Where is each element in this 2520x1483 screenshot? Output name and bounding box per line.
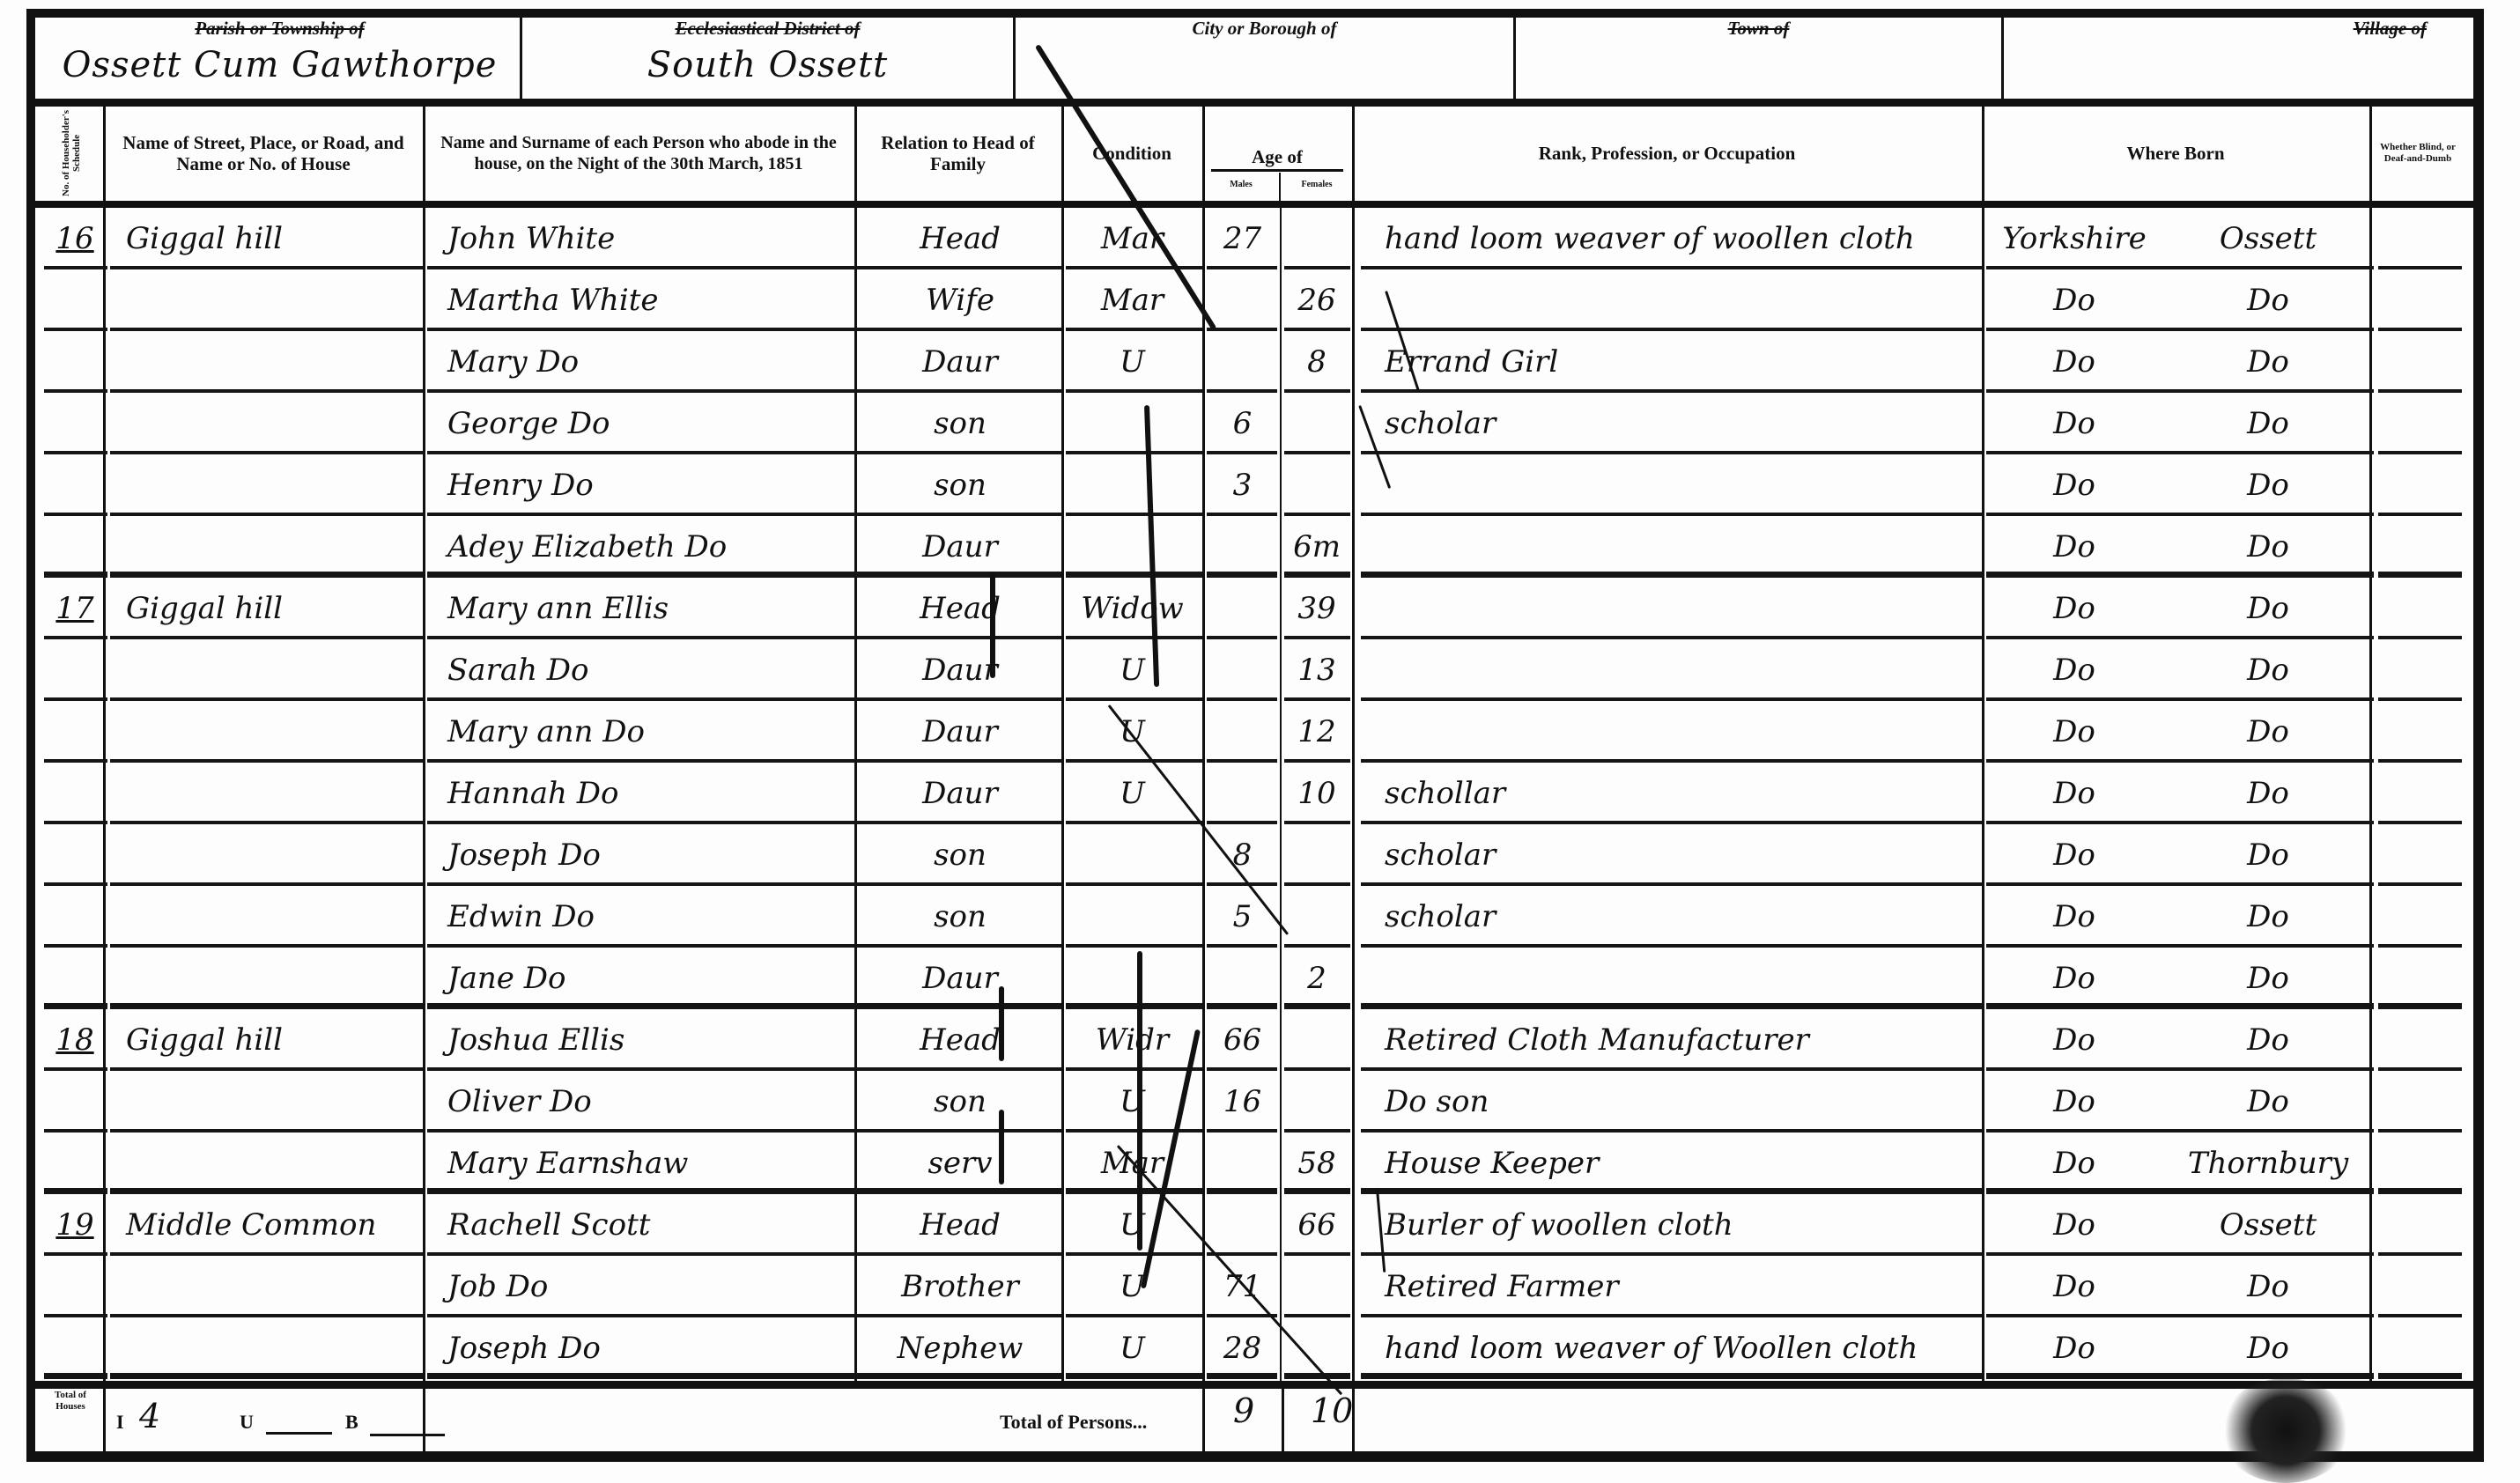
born-county-cell: Do xyxy=(1986,639,2162,701)
condition-cell: U xyxy=(1064,763,1201,824)
condition-cell xyxy=(1064,393,1201,454)
street-name-cell xyxy=(110,1256,439,1317)
born-county-cell: Do xyxy=(1986,824,2162,886)
col-head-where-born-text: Where Born xyxy=(2126,143,2224,164)
inhabited-prefix: I xyxy=(116,1411,124,1434)
female-age-cell: 6m xyxy=(1282,516,1351,578)
condition-cell: U xyxy=(1064,1194,1201,1256)
totals-divider xyxy=(103,1387,106,1453)
female-age-cell xyxy=(1282,454,1351,516)
condition-cell: Widr xyxy=(1064,1009,1201,1071)
street-name-cell xyxy=(110,1071,439,1133)
row-rule xyxy=(44,1003,107,1009)
col-head-blind-deaf: Whether Blind, or Deaf-and-Dumb xyxy=(2369,106,2466,201)
street-name-cell xyxy=(110,701,439,763)
born-county-cell: Do xyxy=(1986,1317,2162,1379)
schedule-number-cell xyxy=(44,454,106,516)
born-place-cell: Thornbury xyxy=(2167,1133,2369,1194)
relation-cell: Wife xyxy=(859,269,1061,331)
occupation-cell xyxy=(1367,516,2001,578)
born-county-cell: Yorkshire xyxy=(1986,208,2162,269)
row-rule xyxy=(1361,1003,1982,1009)
condition-cell xyxy=(1064,824,1201,886)
street-name-cell xyxy=(110,454,439,516)
schedule-number-cell xyxy=(44,639,106,701)
females-total: 10 xyxy=(1311,1391,1353,1430)
relation-cell: son xyxy=(859,1071,1061,1133)
born-place-cell: Do xyxy=(2167,1256,2369,1317)
row-rule xyxy=(1361,1188,1982,1194)
street-name-cell xyxy=(110,948,439,1009)
condition-cell xyxy=(1064,516,1201,578)
schedule-number-cell xyxy=(44,1256,106,1317)
occupation-cell: scholar xyxy=(1367,886,2001,948)
schedule-number-cell xyxy=(44,269,106,331)
row-rule xyxy=(44,1373,107,1379)
female-age-cell: 12 xyxy=(1282,701,1351,763)
tally-stroke xyxy=(1137,951,1142,1251)
female-age-cell: 58 xyxy=(1282,1133,1351,1194)
born-place-cell: Do xyxy=(2167,578,2369,639)
female-age-cell xyxy=(1282,1317,1351,1379)
person-name-cell: Joseph Do xyxy=(432,1317,879,1379)
person-name-cell: Martha White xyxy=(432,269,879,331)
table-row: Edwin Doson5scholarDoDo xyxy=(35,886,2466,948)
row-rule xyxy=(859,1188,1061,1194)
male-age-cell xyxy=(1205,578,1280,639)
person-name-cell: Sarah Do xyxy=(432,639,879,701)
row-rule xyxy=(427,1373,859,1379)
born-place-cell: Do xyxy=(2167,1317,2369,1379)
relation-cell: Head xyxy=(859,1194,1061,1256)
totals-divider xyxy=(1352,1387,1355,1453)
street-name-cell xyxy=(110,1133,439,1194)
female-age-cell: 2 xyxy=(1282,948,1351,1009)
street-name-cell: Giggal hill xyxy=(110,208,439,269)
col-head-schedule-text: No. of Householder's Schedule xyxy=(61,106,82,201)
relation-cell: Nephew xyxy=(859,1317,1061,1379)
person-name-cell: John White xyxy=(432,208,879,269)
table-row: 19Middle CommonRachell ScottHeadU66Burle… xyxy=(35,1194,2466,1256)
row-rule xyxy=(1284,1188,1350,1194)
occupation-cell: Burler of woollen cloth xyxy=(1367,1194,2001,1256)
table-row: 16Giggal hillJohn WhiteHeadMar27hand loo… xyxy=(35,208,2466,269)
condition-cell xyxy=(1064,454,1201,516)
born-county-cell: Do xyxy=(1986,516,2162,578)
totals-row: Total of Houses I 4 U B Total of Persons… xyxy=(35,1384,2466,1451)
row-rule xyxy=(859,1373,1061,1379)
male-age-cell xyxy=(1205,331,1280,393)
occupation-cell: schollar xyxy=(1367,763,2001,824)
born-county-cell: Do xyxy=(1986,269,2162,331)
col-head-name-text: Name and Surname of each Person who abod… xyxy=(426,132,851,174)
relation-cell: son xyxy=(859,886,1061,948)
person-name-cell: Mary ann Ellis xyxy=(432,578,879,639)
occupation-cell: Do son xyxy=(1367,1071,2001,1133)
schedule-number-cell: 17 xyxy=(44,578,106,639)
condition-cell: U xyxy=(1064,701,1201,763)
inhabited-value: 4 xyxy=(139,1397,160,1435)
born-place-cell: Do xyxy=(2167,1009,2369,1071)
table-row: 18Giggal hillJoshua EllisHeadWidr66Retir… xyxy=(35,1009,2466,1071)
table-row: Mary ann DoDaurU12DoDo xyxy=(35,701,2466,763)
born-place-cell: Do xyxy=(2167,886,2369,948)
col-head-occupation-text: Rank, Profession, or Occupation xyxy=(1539,143,1796,164)
row-rule xyxy=(1284,1373,1350,1379)
born-county-cell: Do xyxy=(1986,1194,2162,1256)
table-row: Hannah DoDaurU10schollarDoDo xyxy=(35,763,2466,824)
row-rule xyxy=(1986,1373,2374,1379)
row-rule xyxy=(859,1003,1061,1009)
female-age-cell: 8 xyxy=(1282,331,1351,393)
occupation-cell xyxy=(1367,639,2001,701)
table-row: Joseph DoNephewU28hand loom weaver of Wo… xyxy=(35,1317,2466,1379)
table-row: Sarah DoDaurU13DoDo xyxy=(35,639,2466,701)
town-label: Town of xyxy=(1516,18,2001,40)
person-name-cell: Job Do xyxy=(432,1256,879,1317)
relation-cell: Daur xyxy=(859,763,1061,824)
street-name-cell: Giggal hill xyxy=(110,1009,439,1071)
female-age-cell: 26 xyxy=(1282,269,1351,331)
occupation-cell: hand loom weaver of woollen cloth xyxy=(1367,208,2001,269)
col-head-females: Females xyxy=(1281,169,1353,199)
relation-cell: Daur xyxy=(859,516,1061,578)
condition-cell: U xyxy=(1064,1317,1201,1379)
born-county-cell: Do xyxy=(1986,331,2162,393)
col-head-males-text: Males xyxy=(1230,180,1253,189)
person-name-cell: Joshua Ellis xyxy=(432,1009,879,1071)
born-county-cell: Do xyxy=(1986,578,2162,639)
table-row: Mary DoDaurU8Errand GirlDoDo xyxy=(35,331,2466,393)
condition-cell: U xyxy=(1064,1256,1201,1317)
occupation-cell: scholar xyxy=(1367,824,2001,886)
born-place-cell: Do xyxy=(2167,948,2369,1009)
born-place-cell: Do xyxy=(2167,393,2369,454)
born-place-cell: Do xyxy=(2167,763,2369,824)
male-age-cell: 66 xyxy=(1205,1009,1280,1071)
row-rule xyxy=(427,1003,859,1009)
ecclesiastical-label: Ecclesiastical District of xyxy=(522,18,1013,40)
row-rule xyxy=(1284,572,1350,578)
parish-value: Ossett Cum Gawthorpe xyxy=(40,45,520,85)
person-name-cell: Adey Elizabeth Do xyxy=(432,516,879,578)
female-age-cell xyxy=(1282,1256,1351,1317)
city-cell: City or Borough of xyxy=(1016,12,1513,97)
row-rule xyxy=(2378,1188,2462,1194)
occupation-cell: House Keeper xyxy=(1367,1133,2001,1194)
relation-cell: Daur xyxy=(859,701,1061,763)
born-place-cell: Ossett xyxy=(2167,1194,2369,1256)
born-place-cell: Do xyxy=(2167,454,2369,516)
schedule-number-cell xyxy=(44,701,106,763)
village-cell: Village of xyxy=(2004,12,2479,97)
male-age-cell: 5 xyxy=(1205,886,1280,948)
male-age-cell xyxy=(1205,701,1280,763)
occupation-cell xyxy=(1367,454,2001,516)
occupation-cell xyxy=(1367,578,2001,639)
parish-cell: Parish or Township of Ossett Cum Gawthor… xyxy=(40,12,520,97)
table-row: Jane DoDaur2DoDo xyxy=(35,948,2466,1009)
occupation-cell: hand loom weaver of Woollen cloth xyxy=(1367,1317,2001,1379)
female-age-cell xyxy=(1282,824,1351,886)
male-age-cell xyxy=(1205,1133,1280,1194)
ecclesiastical-cell: Ecclesiastical District of South Ossett xyxy=(522,12,1013,97)
village-label: Village of xyxy=(2004,18,2479,40)
occupation-cell: Retired Farmer xyxy=(1367,1256,2001,1317)
male-age-cell xyxy=(1205,948,1280,1009)
row-rule xyxy=(2378,1373,2462,1379)
table-row: George Doson6scholarDoDo xyxy=(35,393,2466,454)
row-rule xyxy=(427,1188,859,1194)
relation-cell: Daur xyxy=(859,331,1061,393)
row-rule xyxy=(110,1003,423,1009)
male-age-cell xyxy=(1205,269,1280,331)
col-head-age-text: Age of xyxy=(1252,146,1303,167)
table-row: Joseph Doson8scholarDoDo xyxy=(35,824,2466,886)
born-county-cell: Do xyxy=(1986,948,2162,1009)
table-row: Henry Doson3DoDo xyxy=(35,454,2466,516)
row-rule xyxy=(1361,572,1982,578)
born-county-cell: Do xyxy=(1986,1256,2162,1317)
schedule-number-cell xyxy=(44,824,106,886)
born-place-cell: Do xyxy=(2167,639,2369,701)
male-age-cell xyxy=(1205,1194,1280,1256)
census-page: Parish or Township of Ossett Cum Gawthor… xyxy=(0,0,2520,1483)
row-rule xyxy=(1207,1003,1277,1009)
street-name-cell xyxy=(110,393,439,454)
table-row: Oliver DosonU16Do sonDoDo xyxy=(35,1071,2466,1133)
born-county-cell: Do xyxy=(1986,1133,2162,1194)
street-name-cell xyxy=(110,1317,439,1379)
born-county-cell: Do xyxy=(1986,1009,2162,1071)
bottom-rule xyxy=(26,1451,2484,1462)
col-head-name: Name and Surname of each Person who abod… xyxy=(423,106,854,201)
col-head-schedule: No. of Householder's Schedule xyxy=(40,106,103,201)
uninhabited-prefix: U xyxy=(240,1411,254,1434)
female-age-cell xyxy=(1282,208,1351,269)
born-place-cell: Do xyxy=(2167,269,2369,331)
born-county-cell: Do xyxy=(1986,701,2162,763)
relation-cell: Head xyxy=(859,208,1061,269)
uninhabited-line xyxy=(266,1432,332,1435)
row-rule xyxy=(427,572,859,578)
person-name-cell: George Do xyxy=(432,393,879,454)
col-head-age: Age of xyxy=(1202,106,1352,167)
female-age-cell xyxy=(1282,886,1351,948)
male-age-cell xyxy=(1205,639,1280,701)
born-county-cell: Do xyxy=(1986,763,2162,824)
occupation-cell xyxy=(1367,948,2001,1009)
col-head-females-text: Females xyxy=(1302,180,1333,189)
female-age-cell xyxy=(1282,393,1351,454)
row-rule xyxy=(1284,1003,1350,1009)
row-rule xyxy=(110,572,423,578)
relation-cell: Head xyxy=(859,578,1061,639)
total-persons-label: Total of Persons... xyxy=(1000,1411,1147,1434)
row-rule xyxy=(1986,572,2374,578)
row-rule xyxy=(1207,572,1277,578)
totals-divider xyxy=(1202,1387,1205,1453)
male-age-cell: 28 xyxy=(1205,1317,1280,1379)
building-prefix: B xyxy=(345,1411,358,1434)
table-row: Adey Elizabeth DoDaur6mDoDo xyxy=(35,516,2466,578)
street-name-cell xyxy=(110,763,439,824)
person-name-cell: Joseph Do xyxy=(432,824,879,886)
schedule-number-cell xyxy=(44,948,106,1009)
condition-cell xyxy=(1064,886,1201,948)
female-age-cell: 10 xyxy=(1282,763,1351,824)
tally-stroke xyxy=(990,572,995,678)
relation-cell: Daur xyxy=(859,948,1061,1009)
street-name-cell xyxy=(110,886,439,948)
row-rule xyxy=(1986,1188,2374,1194)
schedule-number-cell: 16 xyxy=(44,208,106,269)
street-name-cell xyxy=(110,639,439,701)
relation-cell: Daur xyxy=(859,639,1061,701)
born-place-cell: Do xyxy=(2167,331,2369,393)
totals-divider xyxy=(423,1387,425,1453)
table-row: Mary EarnshawservMar58House KeeperDoThor… xyxy=(35,1133,2466,1194)
occupation-cell: Errand Girl xyxy=(1367,331,2001,393)
female-age-cell: 66 xyxy=(1282,1194,1351,1256)
female-age-cell xyxy=(1282,1009,1351,1071)
born-county-cell: Do xyxy=(1986,454,2162,516)
born-county-cell: Do xyxy=(1986,1071,2162,1133)
street-name-cell: Giggal hill xyxy=(110,578,439,639)
row-rule xyxy=(1207,1188,1277,1194)
row-rule xyxy=(1361,1373,1982,1379)
males-total: 9 xyxy=(1233,1391,1254,1430)
relation-cell: son xyxy=(859,824,1061,886)
building-line xyxy=(370,1434,445,1436)
schedule-number-cell xyxy=(44,516,106,578)
tally-stroke xyxy=(999,986,1004,1061)
tally-stroke xyxy=(999,1110,1004,1184)
person-name-cell: Edwin Do xyxy=(432,886,879,948)
condition-cell: U xyxy=(1064,331,1201,393)
col-head-occupation: Rank, Profession, or Occupation xyxy=(1352,106,1982,201)
row-rule xyxy=(1066,1003,1202,1009)
male-age-cell xyxy=(1205,763,1280,824)
schedule-number-cell xyxy=(44,763,106,824)
col-head-relation-text: Relation to Head of Family xyxy=(858,132,1058,174)
occupation-cell xyxy=(1367,269,2001,331)
born-county-cell: Do xyxy=(1986,886,2162,948)
female-age-cell: 39 xyxy=(1282,578,1351,639)
city-label: City or Borough of xyxy=(1016,18,1513,40)
relation-cell: son xyxy=(859,454,1061,516)
male-age-cell xyxy=(1205,516,1280,578)
relation-cell: Brother xyxy=(859,1256,1061,1317)
col-head-street-text: Name of Street, Place, or Road, and Name… xyxy=(107,132,419,174)
row-rule xyxy=(110,1188,423,1194)
person-name-cell: Oliver Do xyxy=(432,1071,879,1133)
male-age-cell: 6 xyxy=(1205,393,1280,454)
schedule-number-cell xyxy=(44,886,106,948)
relation-cell: son xyxy=(859,393,1061,454)
row-rule xyxy=(44,1188,107,1194)
row-rule xyxy=(1066,572,1202,578)
col-head-street: Name of Street, Place, or Road, and Name… xyxy=(104,106,423,201)
born-place-cell: Do xyxy=(2167,1071,2369,1133)
row-rule xyxy=(1066,1373,1202,1379)
born-county-cell: Do xyxy=(1986,393,2162,454)
street-name-cell: Middle Common xyxy=(110,1194,439,1256)
col-head-relation: Relation to Head of Family xyxy=(854,106,1061,201)
row-rule xyxy=(2378,572,2462,578)
born-place-cell: Do xyxy=(2167,516,2369,578)
street-name-cell xyxy=(110,331,439,393)
row-rule xyxy=(1066,1188,1202,1194)
person-name-cell: Jane Do xyxy=(432,948,879,1009)
table-row: Job DoBrotherU71Retired FarmerDoDo xyxy=(35,1256,2466,1317)
schedule-number-cell: 19 xyxy=(44,1194,106,1256)
header-bottom-rule xyxy=(26,201,2484,208)
row-rule xyxy=(2378,1003,2462,1009)
col-head-where-born: Where Born xyxy=(1982,106,2369,201)
total-houses-label: Total of Houses xyxy=(40,1390,101,1413)
born-place-cell: Ossett xyxy=(2167,208,2369,269)
schedule-number-cell xyxy=(44,1133,106,1194)
condition-cell: Mar xyxy=(1064,208,1201,269)
occupation-cell: scholar xyxy=(1367,393,2001,454)
male-age-cell: 27 xyxy=(1205,208,1280,269)
col-head-males: Males xyxy=(1202,169,1280,199)
schedule-number-cell: 18 xyxy=(44,1009,106,1071)
person-name-cell: Henry Do xyxy=(432,454,879,516)
condition-cell: Widow xyxy=(1064,578,1201,639)
row-rule xyxy=(1986,1003,2374,1009)
condition-cell xyxy=(1064,948,1201,1009)
row-rule xyxy=(859,572,1061,578)
female-age-cell xyxy=(1282,1071,1351,1133)
ecclesiastical-value: South Ossett xyxy=(522,45,1013,85)
born-place-cell: Do xyxy=(2167,824,2369,886)
schedule-number-cell xyxy=(44,331,106,393)
street-name-cell xyxy=(110,269,439,331)
relation-cell: serv xyxy=(859,1133,1061,1194)
occupation-cell: Retired Cloth Manufacturer xyxy=(1367,1009,2001,1071)
condition-cell: U xyxy=(1064,639,1201,701)
male-age-cell: 3 xyxy=(1205,454,1280,516)
street-name-cell xyxy=(110,516,439,578)
col-head-blind-deaf-text: Whether Blind, or Deaf-and-Dumb xyxy=(2373,142,2463,165)
schedule-number-cell xyxy=(44,393,106,454)
occupation-cell xyxy=(1367,701,2001,763)
schedule-number-cell xyxy=(44,1317,106,1379)
totals-divider xyxy=(1282,1387,1284,1453)
person-name-cell: Mary ann Do xyxy=(432,701,879,763)
town-cell: Town of xyxy=(1516,12,2001,97)
male-age-cell: 16 xyxy=(1205,1071,1280,1133)
relation-cell: Head xyxy=(859,1009,1061,1071)
person-name-cell: Mary Do xyxy=(432,331,879,393)
table-row: 17Giggal hillMary ann EllisHeadWidow39Do… xyxy=(35,578,2466,639)
schedule-number-cell xyxy=(44,1071,106,1133)
row-rule xyxy=(44,572,107,578)
parish-label: Parish or Township of xyxy=(40,18,520,40)
person-name-cell: Hannah Do xyxy=(432,763,879,824)
row-rule xyxy=(1207,1373,1277,1379)
person-name-cell: Mary Earnshaw xyxy=(432,1133,879,1194)
ink-smudge xyxy=(2220,1378,2352,1483)
street-name-cell xyxy=(110,824,439,886)
row-rule xyxy=(110,1373,423,1379)
born-place-cell: Do xyxy=(2167,701,2369,763)
table-row: Martha WhiteWifeMar26DoDo xyxy=(35,269,2466,331)
female-age-cell: 13 xyxy=(1282,639,1351,701)
person-name-cell: Rachell Scott xyxy=(432,1194,879,1256)
